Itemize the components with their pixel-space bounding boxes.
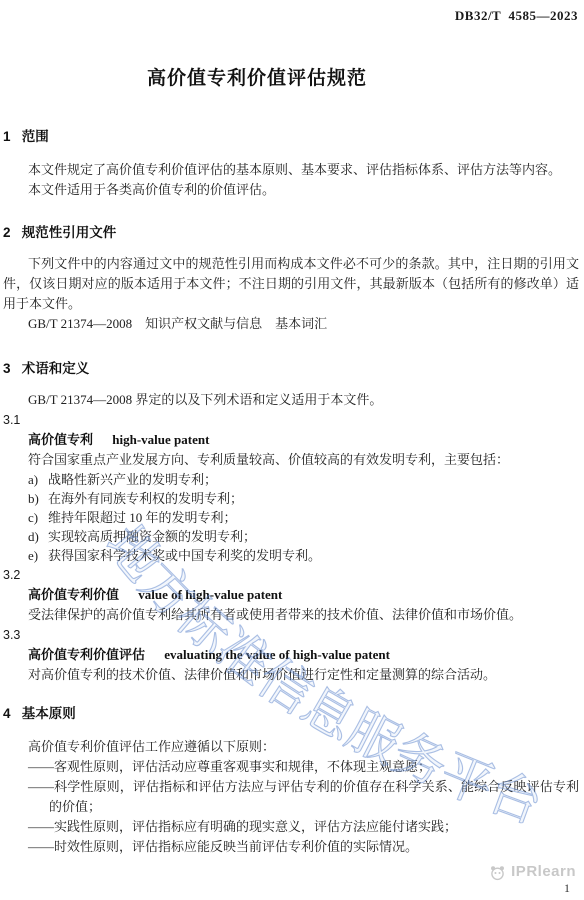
page-number: 1 [0,881,570,895]
term-3-1-en: high-value patent [112,432,209,447]
iprlearn-logo: IPRlearn [0,863,576,881]
section-3-title: 术语和定义 [22,361,90,376]
section-1-number: 1 [3,128,18,146]
section-4-heading: 4 基本原则 [3,705,579,723]
list-item-c: c)维持年限超过 10 年的发明专利； [28,508,584,527]
term-3-2-zh: 高价值专利价值 [28,587,119,602]
list-item-e: e)获得国家科学技术奖或中国专利奖的发明专利。 [28,546,584,565]
section-2-title: 规范性引用文件 [22,225,117,240]
term-3-2-en: value of high-value patent [138,587,282,602]
section-4-title: 基本原则 [22,706,76,721]
normative-references-paragraph: 下列文件中的内容通过文中的规范性引用而构成本文件必不可少的条款。其中，注日期的引… [3,254,579,314]
scope-paragraph-1: 本文件规定了高价值专利价值评估的基本原则、基本要求、评估指标体系、评估方法等内容… [3,160,579,180]
list-item-b: b)在海外有同族专利权的发明专利； [28,489,584,508]
term-3-2-number: 3.2 [3,565,584,585]
standard-code: DB32/T 4585—2023 [0,8,584,23]
principle-objectivity: ——客观性原则，评估活动应尊重客观事实和规律，不体现主观意愿； [28,757,579,777]
list-item-b-label: b) [28,489,48,508]
section-3-heading: 3 术语和定义 [3,360,579,378]
term-3-3-number: 3.3 [3,625,584,645]
document-title: 高价值专利价值评估规范 [0,65,514,92]
document-page: DB32/T 4585—2023 高价值专利价值评估规范 1 范围 本文件规定了… [0,8,584,900]
list-item-a: a)战略性新兴产业的发明专利； [28,470,584,489]
term-3-1-definition: 符合国家重点产业发展方向、专利质量较高、价值较高的有效发明专利，主要包括： [3,450,579,470]
iprlearn-logo-text: IPRlearn [511,863,576,881]
list-item-c-label: c) [28,508,48,527]
list-item-a-label: a) [28,470,48,489]
list-item-d: d)实现较高质押融资金额的发明专利； [28,527,584,546]
term-3-3-zh: 高价值专利价值评估 [28,647,145,662]
principle-scientific: ——科学性原则，评估指标和评估方法应与评估专利的价值存在科学关系、能综合反映评估… [28,777,579,817]
term-3-3-en: evaluating the value of high-value paten… [164,647,390,662]
list-item-d-label: d) [28,527,48,546]
iprlearn-logo-icon [489,864,506,881]
section-2-number: 2 [3,224,18,242]
list-item-b-text: 在海外有同族专利权的发明专利； [48,491,243,506]
principle-timeliness: ——时效性原则，评估指标应能反映当前评估专利价值的实际情况。 [28,837,579,857]
term-3-3-title: 高价值专利价值评估 evaluating the value of high-v… [28,645,584,665]
section-1-title: 范围 [22,129,49,144]
scope-paragraph-2: 本文件适用于各类高价值专利的价值评估。 [3,180,579,200]
term-3-1-title: 高价值专利 high-value patent [28,430,584,450]
list-item-e-text: 获得国家科学技术奖或中国专利奖的发明专利。 [48,548,321,563]
term-3-2-definition: 受法律保护的高价值专利给其所有者或使用者带来的技术价值、法律价值和市场价值。 [3,605,579,625]
list-item-a-text: 战略性新兴产业的发明专利； [48,472,217,487]
section-2-heading: 2 规范性引用文件 [3,224,579,242]
term-3-1-zh: 高价值专利 [28,432,93,447]
list-item-c-text: 维持年限超过 10 年的发明专利； [48,510,237,525]
term-3-2-title: 高价值专利价值 value of high-value patent [28,585,584,605]
term-3-3-definition: 对高价值专利的技术价值、法律价值和市场价值进行定性和定量测算的综合活动。 [3,665,579,685]
section-1-heading: 1 范围 [3,128,579,146]
list-item-e-label: e) [28,546,48,565]
section-4-number: 4 [3,705,18,723]
principles-intro-paragraph: 高价值专利价值评估工作应遵循以下原则： [3,737,579,757]
term-3-1-number: 3.1 [3,410,584,430]
section-3-number: 3 [3,360,18,378]
terms-intro-paragraph: GB/T 21374—2008 界定的以及下列术语和定义适用于本文件。 [3,390,579,410]
principle-practicality: ——实践性原则，评估指标应有明确的现实意义，评估方法应能付诸实践； [28,817,579,837]
list-item-d-text: 实现较高质押融资金额的发明专利； [48,529,256,544]
reference-entry: GB/T 21374—2008 知识产权文献与信息 基本词汇 [3,314,584,334]
